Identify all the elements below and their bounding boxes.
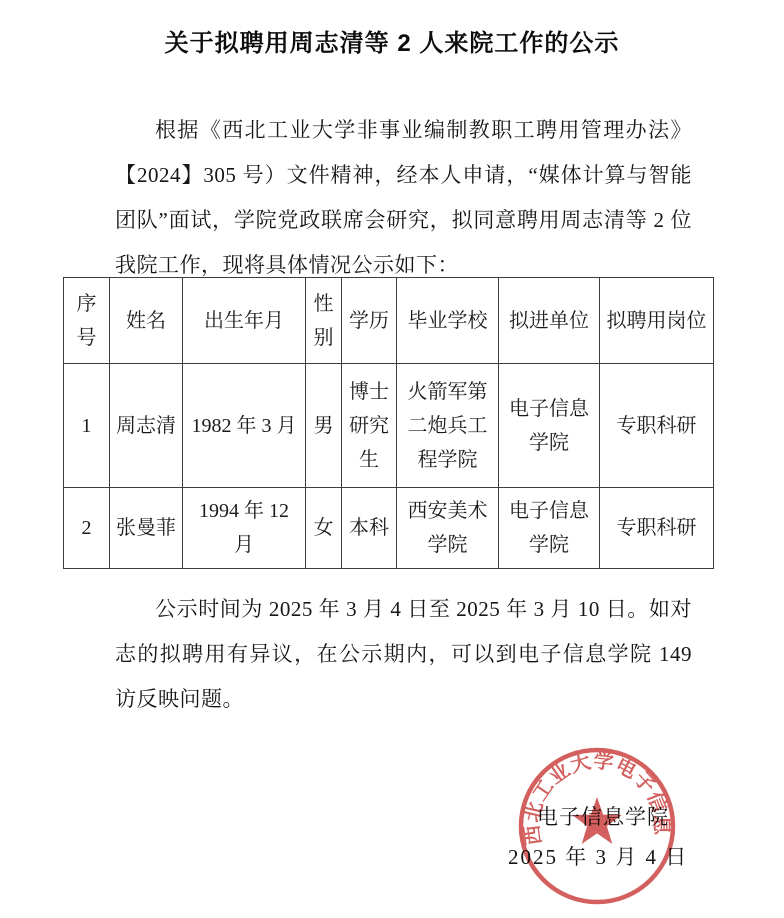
cell-degree: 博士研究生 xyxy=(342,364,397,488)
closing-paragraph: 公示时间为 2025 年 3 月 4 日至 2025 年 3 月 10 日。如对… xyxy=(115,587,692,722)
cell-degree: 本科 xyxy=(342,488,397,569)
paragraph-line: 根据《西北工业大学非事业编制教职工聘用管理办法》（校人字 xyxy=(115,108,692,153)
signature-date: 2025 年 3 月 4 日 xyxy=(508,841,688,871)
paragraph-line: 访反映问题。 xyxy=(115,677,692,722)
table-header-row: 序号 姓名 出生年月 性别 学历 毕业学校 拟进单位 拟聘用岗位 xyxy=(64,278,714,364)
applicants-table: 序号 姓名 出生年月 性别 学历 毕业学校 拟进单位 拟聘用岗位 1 周志清 1… xyxy=(63,277,714,569)
cell-birth: 1994 年 12 月 xyxy=(183,488,306,569)
cell-seq: 2 xyxy=(64,488,110,569)
col-header-position: 拟聘用岗位 xyxy=(600,278,714,364)
intro-paragraph: 根据《西北工业大学非事业编制教职工聘用管理办法》（校人字 【2024】305 号… xyxy=(115,108,692,288)
cell-gender: 男 xyxy=(306,364,342,488)
cell-school: 火箭军第二炮兵工程学院 xyxy=(397,364,499,488)
col-header-seq: 序号 xyxy=(64,278,110,364)
cell-unit: 电子信息学院 xyxy=(499,488,600,569)
cell-name: 张曼菲 xyxy=(110,488,183,569)
cell-seq: 1 xyxy=(64,364,110,488)
table-row: 1 周志清 1982 年 3 月 男 博士研究生 火箭军第二炮兵工程学院 电子信… xyxy=(64,364,714,488)
col-header-degree: 学历 xyxy=(342,278,397,364)
cell-unit: 电子信息学院 xyxy=(499,364,600,488)
cell-gender: 女 xyxy=(306,488,342,569)
cell-birth: 1982 年 3 月 xyxy=(183,364,306,488)
table-row: 2 张曼菲 1994 年 12 月 女 本科 西安美术学院 电子信息学院 专职科… xyxy=(64,488,714,569)
paragraph-line: 团队”面试，学院党政联席会研究，拟同意聘用周志清等 2 位同志到 xyxy=(115,198,692,243)
signature-organization: 电子信息学院 xyxy=(537,801,669,831)
page-title: 关于拟聘用周志清等 2 人来院工作的公示 xyxy=(0,26,784,62)
cell-position: 专职科研 xyxy=(600,364,714,488)
cell-school: 西安美术学院 xyxy=(397,488,499,569)
col-header-gender: 性别 xyxy=(306,278,342,364)
col-header-unit: 拟进单位 xyxy=(499,278,600,364)
paragraph-line: 【2024】305 号）文件精神，经本人申请，“媒体计算与智能系统 xyxy=(115,153,692,198)
cell-name: 周志清 xyxy=(110,364,183,488)
col-header-school: 毕业学校 xyxy=(397,278,499,364)
cell-position: 专职科研 xyxy=(600,488,714,569)
paragraph-line: 志的拟聘用有异议，在公示期内，可以到电子信息学院 149 办公室来 xyxy=(115,632,692,677)
col-header-name: 姓名 xyxy=(110,278,183,364)
document-page: 关于拟聘用周志清等 2 人来院工作的公示 根据《西北工业大学非事业编制教职工聘用… xyxy=(0,0,784,918)
paragraph-line: 公示时间为 2025 年 3 月 4 日至 2025 年 3 月 10 日。如对… xyxy=(115,587,692,632)
col-header-birth: 出生年月 xyxy=(183,278,306,364)
